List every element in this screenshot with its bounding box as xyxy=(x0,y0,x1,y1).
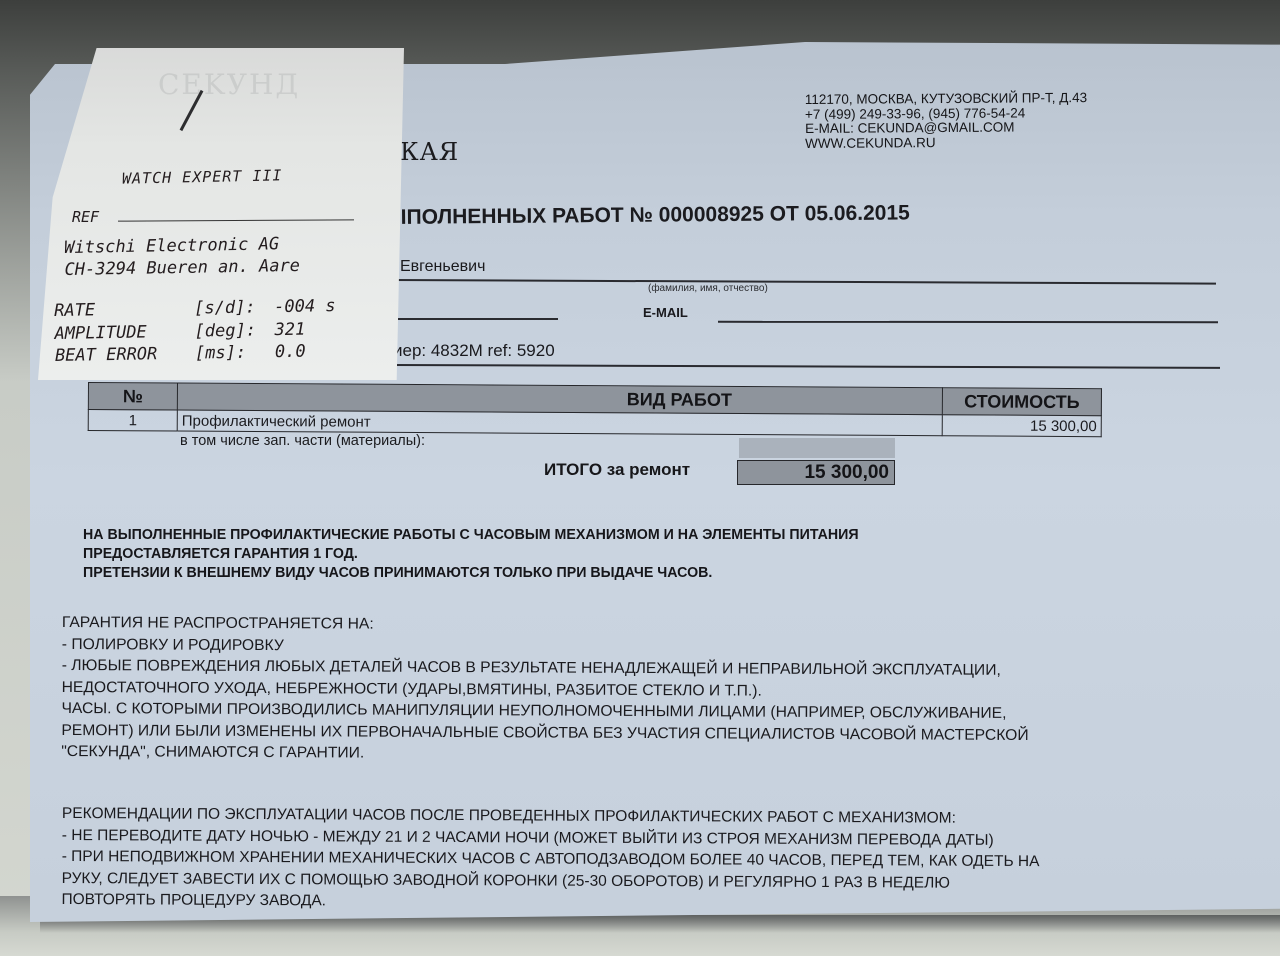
measurement-unit: [ms]: xyxy=(195,341,275,365)
measurement-beat-error: BEAT ERROR[ms]:0.0 xyxy=(55,340,337,367)
warranty-line: ПРЕДОСТАВЛЯЕТСЯ ГАРАНТИЯ 1 ГОД. xyxy=(83,545,859,564)
receipt-title: WATCH EXPERT III xyxy=(122,166,283,187)
total-value: 15 300,00 xyxy=(737,460,895,485)
measurement-value: 0.0 xyxy=(275,341,306,364)
warranty-line: ПРЕТЕНЗИИ К ВНЕШНЕМУ ВИДУ ЧАСОВ ПРИНИМАЮ… xyxy=(83,564,859,583)
email-label: E-MAIL xyxy=(643,305,688,320)
row-cost: 15 300,00 xyxy=(942,415,1101,437)
works-table: № ВИД РАБОТ СТОИМОСТЬ 1 Профилактический… xyxy=(88,382,1102,437)
manufacturer-address: CH-3294 Bueren an. Aare xyxy=(64,255,300,281)
watch-model: иер: 4832M ref: 5920 xyxy=(393,341,555,361)
measurement-unit: [deg]: xyxy=(194,319,274,343)
document-title: ЫПОЛНЕННЫХ РАБОТ № 000008925 ОТ 05.06.20… xyxy=(386,201,910,230)
measurement-value: 321 xyxy=(274,318,305,341)
brand-name-partial: КАЯ xyxy=(400,138,459,166)
measurement-unit: [s/d]: xyxy=(194,296,274,320)
manufacturer-block: Witschi Electronic AG CH-3294 Bueren an.… xyxy=(64,233,300,281)
customer-name: Евгеньевич xyxy=(400,258,485,276)
company-contacts: 112170, МОСКВА, КУТУЗОВСКИЙ ПР-Т, Д.43 +… xyxy=(805,91,1088,151)
timegrapher-receipt: CEKУНД WATCH EXPERT III REF Witschi Elec… xyxy=(38,48,404,380)
email-field-line xyxy=(718,321,1218,323)
measurement-name: BEAT ERROR xyxy=(55,343,195,368)
warranty-line: НА ВЫПОЛНЕННЫЕ ПРОФИЛАКТИЧЕСКИЕ РАБОТЫ С… xyxy=(83,526,859,545)
ref-line xyxy=(118,219,354,221)
phone-field-line xyxy=(392,318,558,320)
parts-label: в том числе зап. части (материалы): xyxy=(180,433,425,449)
measurements: RATE[s/d]:-004 s AMPLITUDE[deg]:321 BEAT… xyxy=(54,295,337,367)
ref-label: REF xyxy=(72,208,99,226)
measurement-name: AMPLITUDE xyxy=(54,320,194,345)
usage-recommendations: РЕКОМЕНДАЦИИ ПО ЭКСПЛУАТАЦИИ ЧАСОВ ПОСЛЕ… xyxy=(61,803,1039,916)
parts-value-cell xyxy=(739,438,895,458)
row-work: Профилактический ремонт xyxy=(177,410,942,436)
header-cost: СТОИМОСТЬ xyxy=(942,388,1101,416)
customer-name-caption: (фамилия, имя, отчество) xyxy=(648,283,768,294)
warranty-exclusions: ГАРАНТИЯ НЕ РАСПРОСТРАНЯЕТСЯ НА: - ПОЛИР… xyxy=(61,612,1029,768)
company-website: WWW.CEKUNDA.RU xyxy=(805,135,1087,151)
measurement-name: RATE xyxy=(54,298,194,323)
warranty-terms: НА ВЫПОЛНЕННЫЕ ПРОФИЛАКТИЧЕСКИЕ РАБОТЫ С… xyxy=(83,526,859,583)
show-through-text: CEKУНД xyxy=(158,68,300,101)
header-number: № xyxy=(88,383,177,411)
measurement-value: -004 s xyxy=(274,295,336,319)
total-label: ИТОГО за ремонт xyxy=(544,460,690,480)
row-number: 1 xyxy=(88,410,177,432)
